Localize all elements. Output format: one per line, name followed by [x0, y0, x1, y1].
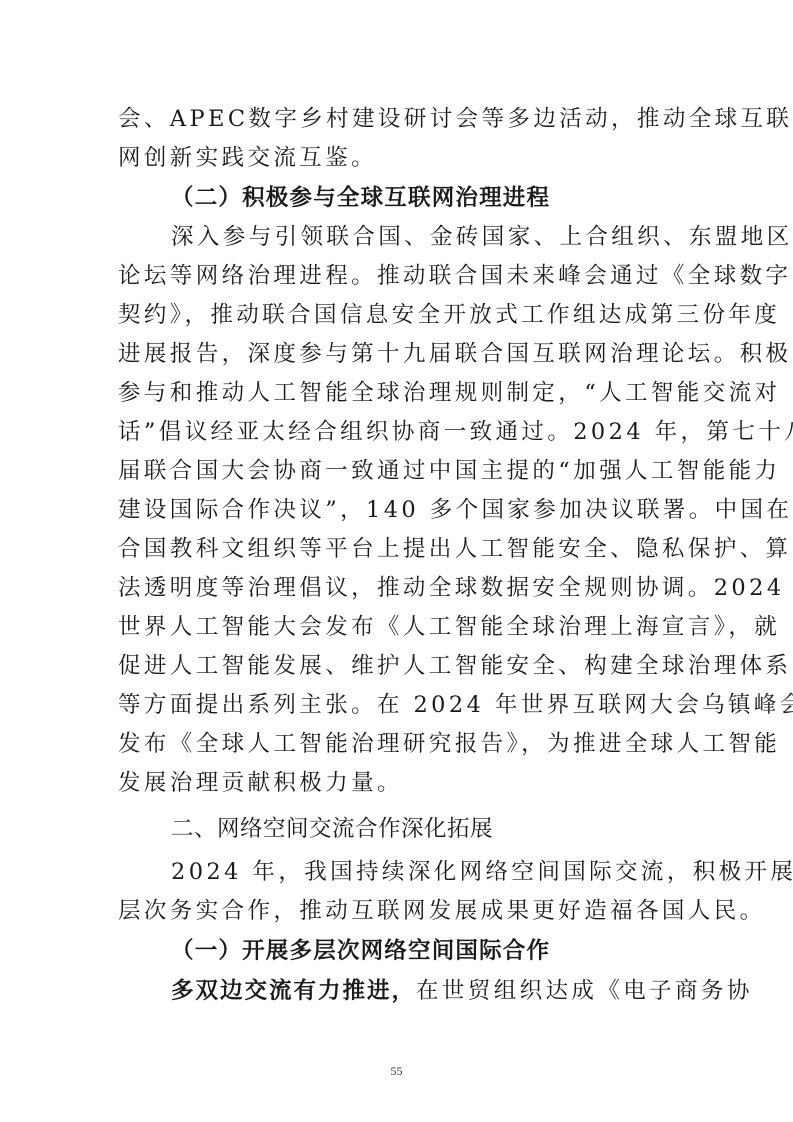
paragraph-line: 2024 年，我国持续深化网络空间国际交流，积极开展多: [171, 857, 674, 887]
paragraph-line: 网创新实践交流互鉴。: [118, 143, 674, 173]
paragraph-line: 层次务实合作，推动互联网发展成果更好造福各国人民。: [118, 896, 674, 926]
paragraph-line: 发布《全球人工智能治理研究报告》，为推进全球人工智能: [118, 729, 674, 759]
paragraph-line: 法透明度等治理倡议，推动全球数据安全规则协调。2024 年: [118, 573, 674, 603]
paragraph-line: 话”倡议经亚太经合组织协商一致通过。2024 年，第七十八: [118, 417, 674, 447]
paragraph-line: 合国教科文组织等平台上提出人工智能安全、隐私保护、算: [118, 534, 674, 564]
paragraph-line: 深入参与引领联合国、金砖国家、上合组织、东盟地区: [171, 222, 674, 252]
paragraph-line: 等方面提出系列主张。在 2024 年世界互联网大会乌镇峰会: [118, 690, 674, 720]
paragraph-line: 世界人工智能大会发布《人工智能全球治理上海宣言》，就: [118, 612, 674, 642]
paragraph-line: 进展报告，深度参与第十九届联合国互联网治理论坛。积极: [118, 339, 674, 369]
paragraph-line: 多双边交流有力推进，在世贸组织达成《电子商务协: [171, 976, 674, 1006]
paragraph-line: 建设国际合作决议”，140 多个国家参加决议联署。中国在联: [118, 495, 674, 525]
paragraph-text: 在世贸组织达成《电子商务协: [416, 978, 753, 1004]
page-number: 55: [0, 1064, 793, 1079]
paragraph-line: 参与和推动人工智能全球治理规则制定，“人工智能交流对: [118, 378, 674, 408]
paragraph-line: 发展治理贡献积极力量。: [118, 768, 674, 798]
subheading: （二）积极参与全球互联网治理进程: [171, 183, 674, 213]
section-heading: 二、网络空间交流合作深化拓展: [171, 814, 674, 844]
paragraph-line: 届联合国大会协商一致通过中国主提的“加强人工智能能力: [118, 456, 674, 486]
bold-lead-text: 多双边交流有力推进，: [171, 978, 416, 1004]
document-page: 会、APEC数字乡村建设研讨会等多边活动，推动全球互联 网创新实践交流互鉴。 （…: [0, 0, 793, 1122]
paragraph-line: 论坛等网络治理进程。推动联合国未来峰会通过《全球数字: [118, 261, 674, 291]
subheading: （一）开展多层次网络空间国际合作: [171, 936, 674, 966]
paragraph-line: 契约》，推动联合国信息安全开放式工作组达成第三份年度: [118, 300, 674, 330]
paragraph-line: 促进人工智能发展、维护人工智能安全、构建全球治理体系: [118, 651, 674, 681]
paragraph-line: 会、APEC数字乡村建设研讨会等多边活动，推动全球互联: [118, 104, 674, 134]
